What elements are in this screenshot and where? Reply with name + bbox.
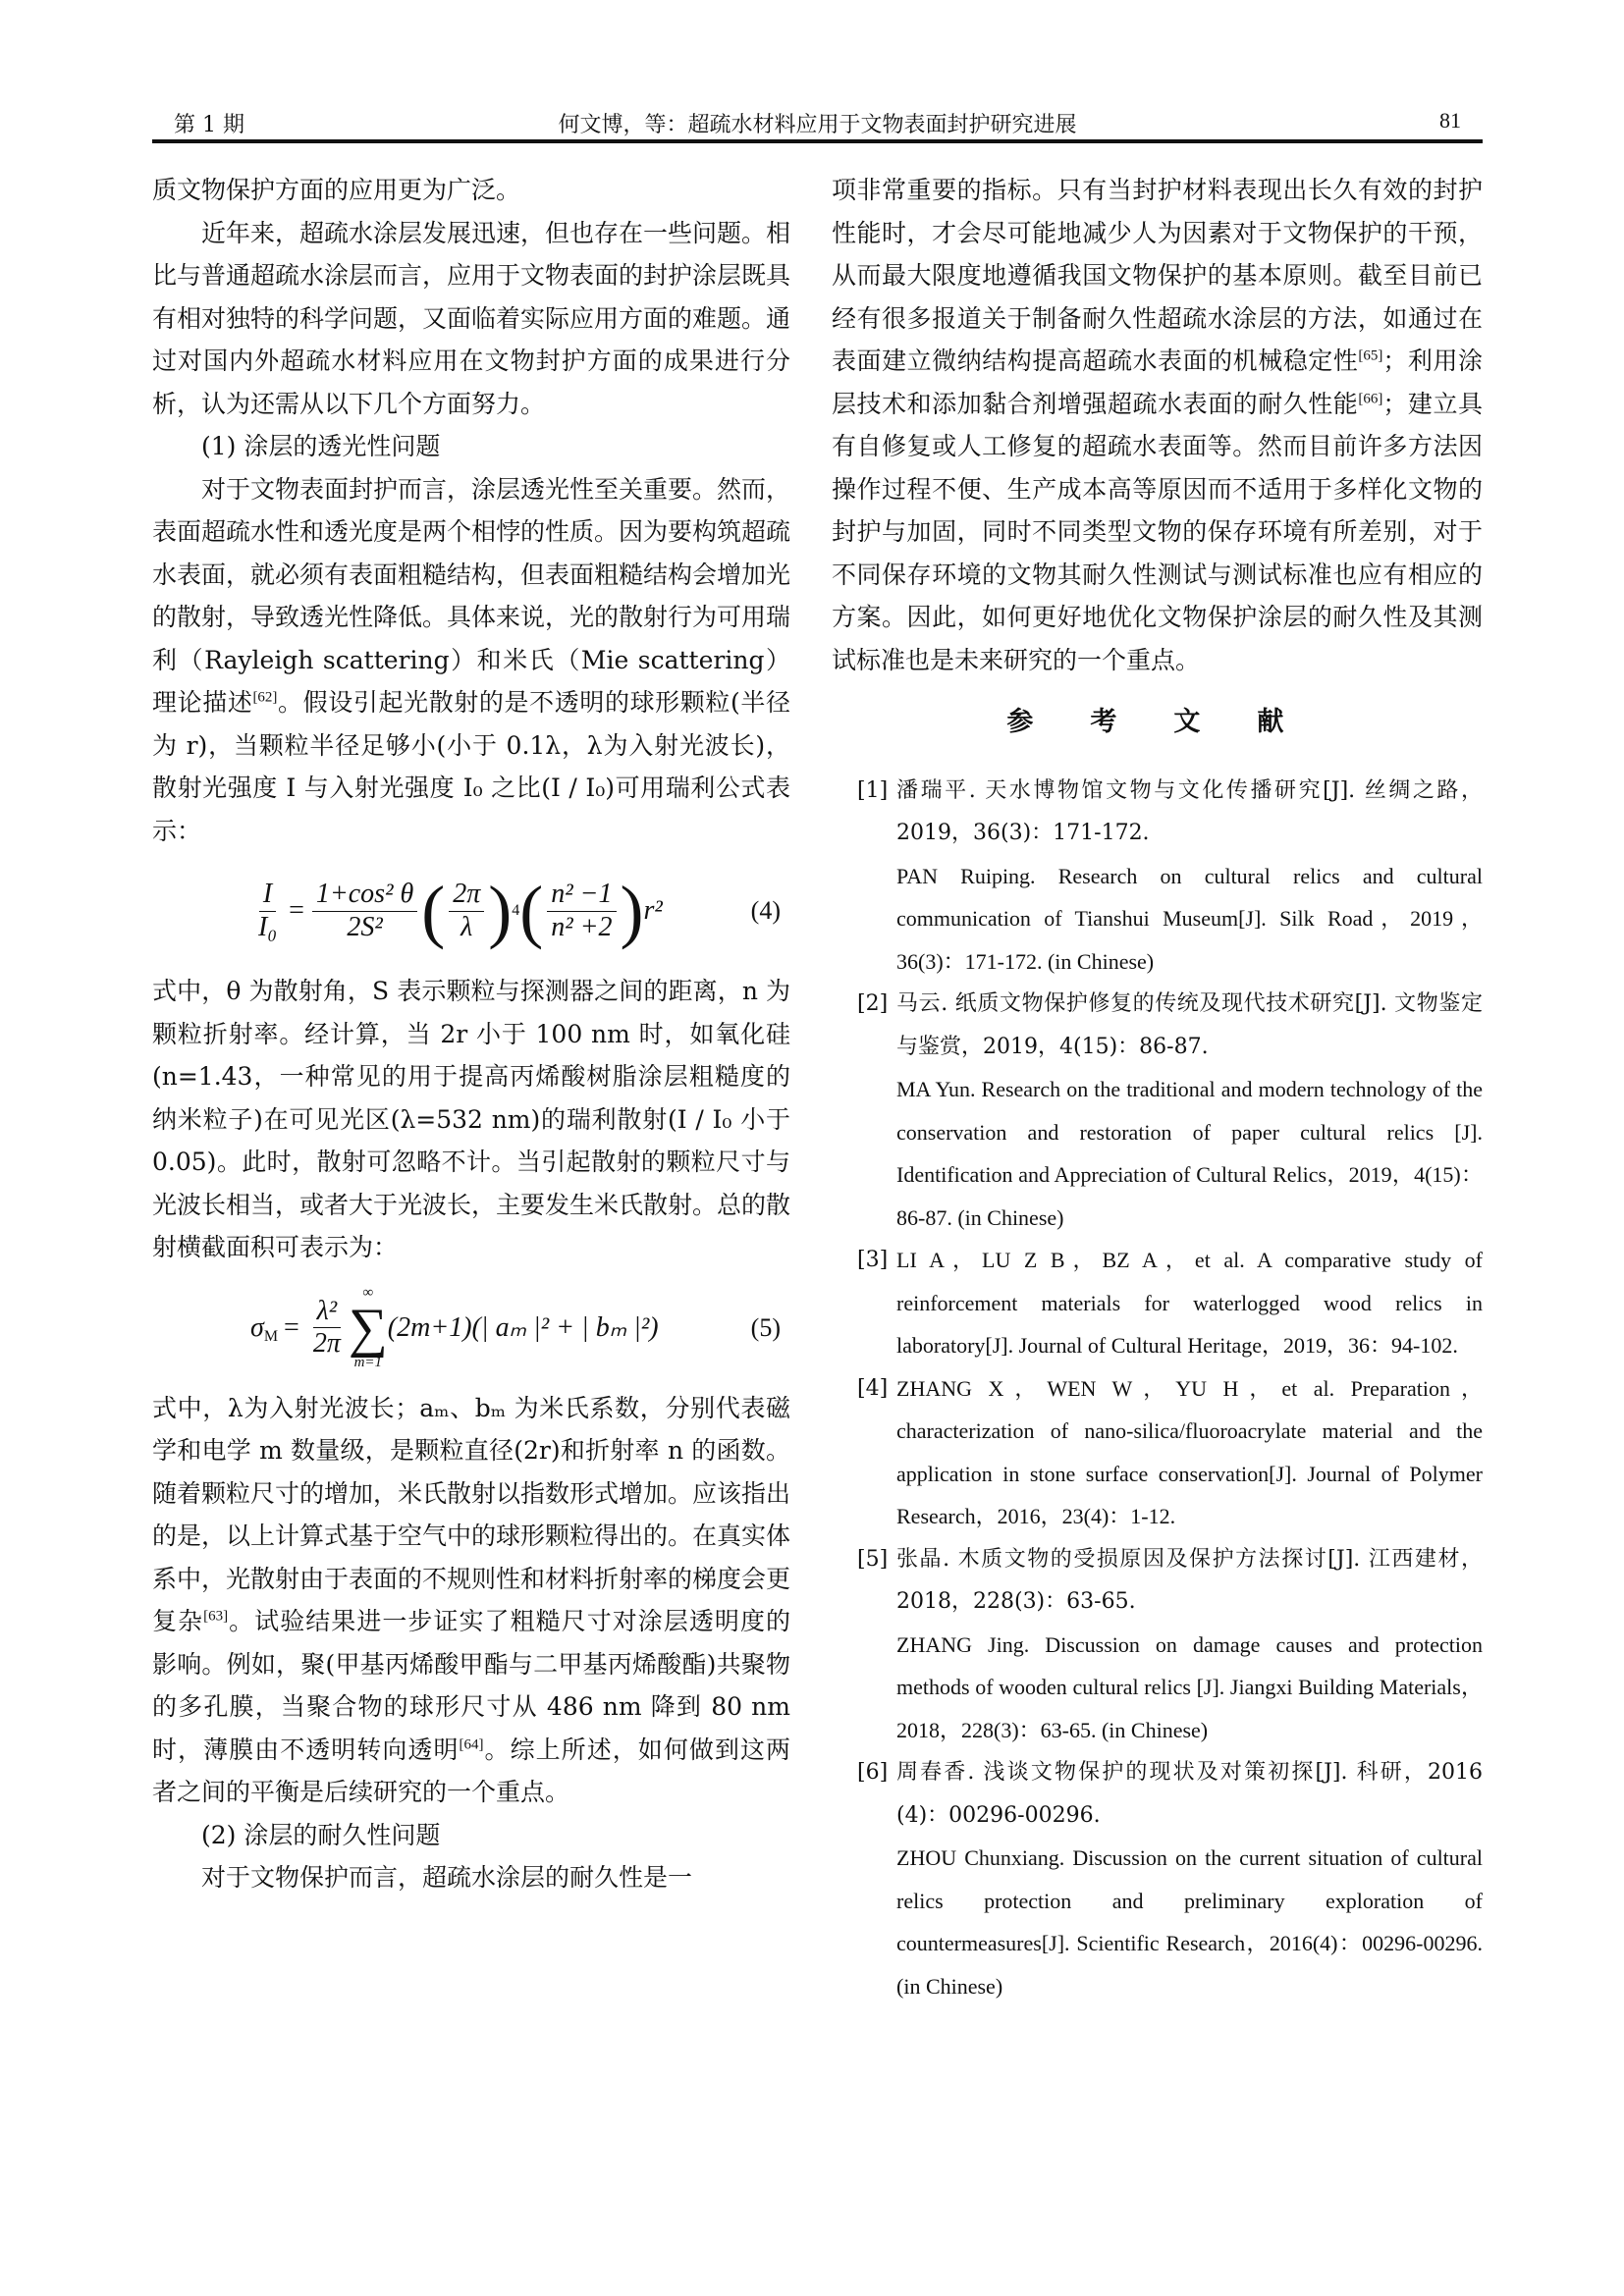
- reference-zh: 潘瑞平. 天水博物馆文物与文化传播研究[J]. 丝绸之路，2019，36(3)：…: [896, 770, 1483, 855]
- reference-zh: 张晶. 木质文物的受损原因及保护方法探讨[J]. 江西建材，2018，228(3…: [896, 1538, 1483, 1624]
- eq4-factor2: 2πλ: [449, 879, 484, 942]
- reference-item: [3] LI A，LU Z B，BZ A，et al. A comparativ…: [832, 1239, 1483, 1367]
- reference-index: [3]: [857, 1239, 888, 1282]
- right-column: 项非常重要的指标。只有当封护材料表现出长久有效的封护性能时，才会尽可能地减少人为…: [832, 169, 1483, 2007]
- reference-list: [1] 潘瑞平. 天水博物馆文物与文化传播研究[J]. 丝绸之路，2019，36…: [832, 770, 1483, 2008]
- citation-64[interactable]: [64]: [460, 1736, 484, 1752]
- eq4-tail: r²: [644, 889, 663, 933]
- equation-number: (4): [751, 889, 781, 933]
- equation-5: σM = λ²2π ∞∑m=1 (2m+1)(| aₘ |² + | bₘ |²…: [152, 1269, 790, 1387]
- eq5-sub: M: [264, 1315, 278, 1359]
- eq5-fraction: λ²2π: [309, 1296, 345, 1360]
- reference-item: [1] 潘瑞平. 天水博物馆文物与文化传播研究[J]. 丝绸之路，2019，36…: [832, 770, 1483, 984]
- summation-icon: ∞∑m=1: [349, 1286, 388, 1370]
- reference-index: [2]: [857, 983, 888, 1026]
- reference-item: [4] ZHANG X，WEN W，YU H，et al. Preparatio…: [832, 1367, 1483, 1538]
- page-number: 81: [1439, 108, 1461, 133]
- references-heading: 参 考 文 献: [832, 701, 1483, 744]
- reference-en: MA Yun. Research on the traditional and …: [896, 1068, 1483, 1239]
- citation-66[interactable]: [66]: [1358, 391, 1382, 406]
- eq4-lhs: II₀: [254, 879, 281, 942]
- reference-index: [5]: [857, 1538, 888, 1581]
- paragraph: 式中，λ为入射光波长；aₘ、bₘ 为米氏系数，分别代表磁学和电学 m 数量级，是…: [152, 1387, 790, 1814]
- reference-index: [1]: [857, 770, 888, 813]
- reference-en: ZHANG Jing. Discussion on damage causes …: [896, 1624, 1483, 1752]
- text-run: 式中，λ为入射光波长；aₘ、bₘ 为米氏系数，分别代表磁学和电学 m 数量级，是…: [152, 1394, 790, 1636]
- reference-index: [4]: [857, 1367, 888, 1411]
- text-run: ；建立具有自修复或人工修复的超疏水表面等。然而目前许多方法因操作过程不便、生产成…: [832, 390, 1483, 674]
- reference-item: [5] 张晶. 木质文物的受损原因及保护方法探讨[J]. 江西建材，2018，2…: [832, 1538, 1483, 1752]
- equation-number: (5): [751, 1307, 781, 1350]
- running-header: 第 1 期 何文博，等：超疏水材料应用于文物表面封护研究进展 81: [152, 106, 1483, 141]
- paragraph: 对于文物保护而言，超疏水涂层的耐久性是一: [152, 1856, 790, 1899]
- reference-item: [2] 马云. 纸质文物保护修复的传统及现代技术研究[J]. 文物鉴定与鉴赏，2…: [832, 983, 1483, 1239]
- paragraph: 项非常重要的指标。只有当封护材料表现出长久有效的封护性能时，才会尽可能地减少人为…: [832, 169, 1483, 681]
- running-title: 何文博，等：超疏水材料应用于文物表面封护研究进展: [152, 108, 1483, 138]
- reference-en: LI A，LU Z B，BZ A，et al. A comparative st…: [896, 1239, 1483, 1367]
- text-run: 对于文物表面封护而言，涂层透光性至关重要。然而，表面超疏水性和透光度是两个相悖的…: [152, 475, 790, 718]
- reference-zh: 周春香. 浅谈文物保护的现状及对策初探[J]. 科研，2016 (4)：0029…: [896, 1751, 1483, 1837]
- reference-zh: 马云. 纸质文物保护修复的传统及现代技术研究[J]. 文物鉴定与鉴赏，2019，…: [896, 983, 1483, 1068]
- reference-en: PAN Ruiping. Research on cultural relics…: [896, 855, 1483, 984]
- paragraph: 对于文物表面封护而言，涂层透光性至关重要。然而，表面超疏水性和透光度是两个相悖的…: [152, 468, 790, 853]
- eq5-body: (2m+1)(| aₘ |² + | bₘ |²): [388, 1307, 659, 1350]
- reference-index: [6]: [857, 1751, 888, 1794]
- text-run: 项非常重要的指标。只有当封护材料表现出长久有效的封护性能时，才会尽可能地减少人为…: [832, 176, 1483, 375]
- citation-62[interactable]: [62]: [252, 690, 277, 706]
- header-rule: [152, 139, 1483, 143]
- equation-4: II₀ = 1+cos² θ2S² (2πλ)4 (n² −1n² +2) r²…: [152, 852, 790, 970]
- section-heading: (1) 涂层的透光性问题: [152, 425, 790, 468]
- reference-item: [6] 周春香. 浅谈文物保护的现状及对策初探[J]. 科研，2016 (4)：…: [832, 1751, 1483, 2007]
- paragraph: 质文物保护方面的应用更为广泛。: [152, 169, 790, 212]
- eq4-factor1: 1+cos² θ2S²: [312, 879, 417, 942]
- left-column: 质文物保护方面的应用更为广泛。 近年来，超疏水涂层发展迅速，但也存在一些问题。相…: [152, 169, 790, 1899]
- eq4-factor3: n² −1n² +2: [547, 879, 616, 942]
- reference-en: ZHOU Chunxiang. Discussion on the curren…: [896, 1837, 1483, 2007]
- citation-65[interactable]: [65]: [1358, 348, 1382, 364]
- citation-63[interactable]: [63]: [203, 1609, 228, 1625]
- section-heading: (2) 涂层的耐久性问题: [152, 1814, 790, 1857]
- reference-en: ZHANG X，WEN W，YU H，et al. Preparation，ch…: [896, 1367, 1483, 1538]
- eq5-sigma: σ: [250, 1307, 264, 1350]
- paragraph: 近年来，超疏水涂层发展迅速，但也存在一些问题。相比与普通超疏水涂层而言，应用于文…: [152, 212, 790, 426]
- paragraph: 式中，θ 为散射角，S 表示颗粒与探测器之间的距离，n 为颗粒折射率。经计算，当…: [152, 970, 790, 1269]
